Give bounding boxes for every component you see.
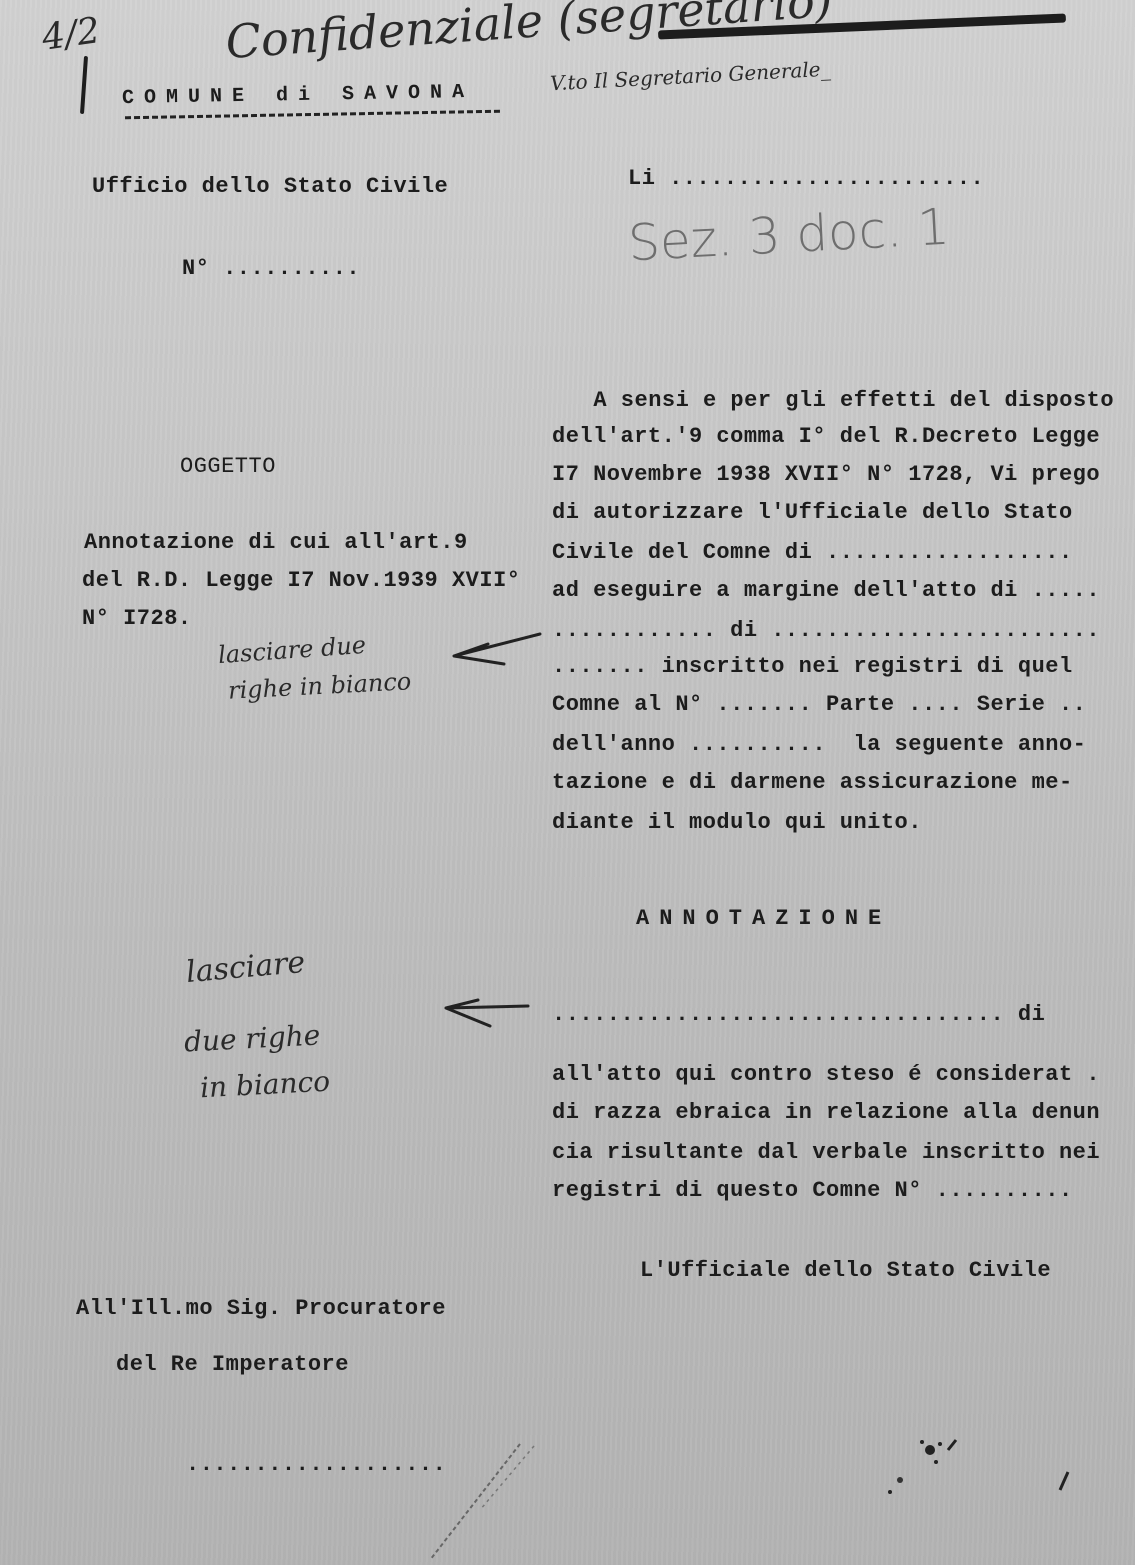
body-line: ad eseguire a margine dell'atto di ..... <box>552 578 1100 603</box>
addressee-blank: ................... <box>186 1452 446 1477</box>
body-line: ............ di ........................ <box>552 618 1100 643</box>
municipality-underline <box>125 110 500 120</box>
annotation-line: di razza ebraica in relazione alla denun <box>552 1100 1100 1125</box>
annotation-line: all'atto qui contro steso é considerat . <box>552 1062 1100 1087</box>
pencil-stroke-mark <box>420 1440 540 1565</box>
margin-note-2-line-2: due righe <box>183 1018 321 1058</box>
body-line: I7 Novembre 1938 XVII° N° 1728, Vi prego <box>552 462 1100 487</box>
office-name: Ufficio dello Stato Civile <box>92 174 448 199</box>
annotation-blank-line: ................................. di <box>552 1002 1045 1027</box>
ink-specks <box>860 1430 1080 1520</box>
addressee-line-1: All'Ill.mo Sig. Procuratore <box>76 1296 446 1321</box>
protocol-number: N° .......... <box>182 256 360 281</box>
signature-label: L'Ufficiale dello Stato Civile <box>640 1258 1051 1283</box>
subject-heading: OGGETTO <box>180 454 276 479</box>
subject-line-1: Annotazione di cui all'art.9 <box>84 530 468 555</box>
margin-note-1-line-2: righe in bianco <box>227 667 411 705</box>
body-line: tazione e di darmene assicurazione me- <box>552 770 1073 795</box>
annotation-line: registri di questo Comne N° .......... <box>552 1178 1073 1203</box>
body-line: dell'anno .......... la seguente anno- <box>552 732 1086 757</box>
arrow-left-icon <box>448 630 548 670</box>
margin-note-2-line-1: lasciare <box>185 945 307 990</box>
body-line: dell'art.'9 comma I° del R.Decreto Legge <box>552 424 1100 449</box>
subject-line-2: del R.D. Legge I7 Nov.1939 XVII° <box>82 568 520 593</box>
ink-margin-stroke <box>80 56 88 114</box>
pencil-archive-note: Sez. 3 doc. 1 <box>627 198 951 273</box>
body-line: di autorizzare l'Ufficiale dello Stato <box>552 500 1073 525</box>
place-date: Li ....................... <box>628 166 984 191</box>
municipality-name: COMUNE di SAVONA <box>122 81 474 110</box>
addressee-line-2: del Re Imperatore <box>116 1352 349 1377</box>
subject-line-3: N° I728. <box>82 606 192 631</box>
body-line: Civile del Comne di .................. <box>552 540 1073 565</box>
annotation-heading: ANNOTAZIONE <box>636 906 891 931</box>
arrow-left-icon <box>440 996 536 1036</box>
margin-note-2-line-3: in bianco <box>199 1065 331 1105</box>
annotation-line: cia risultante dal verbale inscritto nei <box>552 1140 1100 1165</box>
reference-mark: 4/2 <box>39 10 102 59</box>
body-line: Comne al N° ....... Parte .... Serie .. <box>552 692 1086 717</box>
body-line: A sensi e per gli effetti del disposto <box>566 388 1114 413</box>
visto-secretary: V.to Il Segretario Generale_ <box>550 57 832 96</box>
margin-note-1-line-1: lasciare due <box>217 631 367 669</box>
body-line: diante il modulo qui unito. <box>552 810 922 835</box>
body-line: ....... inscritto nei registri di quel <box>552 654 1073 679</box>
